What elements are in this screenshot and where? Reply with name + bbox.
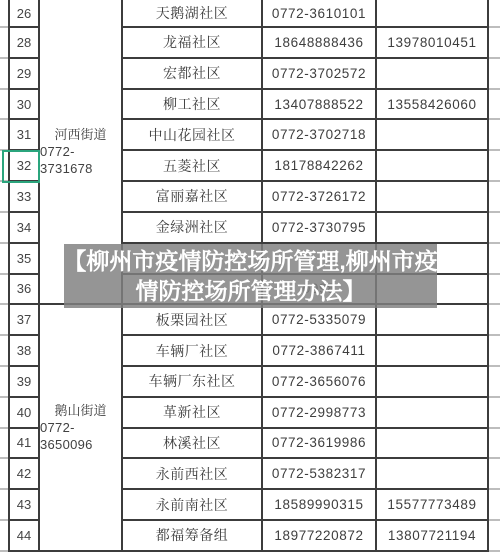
phone2-cell[interactable] xyxy=(377,151,489,182)
phone2-cell[interactable] xyxy=(377,59,489,90)
left-margin-cell xyxy=(0,275,8,306)
phone2-cell[interactable]: 15577773489 xyxy=(377,490,489,521)
street-name: 河西街道 xyxy=(54,126,106,143)
phone2-cell[interactable] xyxy=(377,0,489,28)
right-margin-cell xyxy=(489,28,500,59)
phone-cell[interactable]: 0772-2998773 xyxy=(263,398,377,429)
row-number-cell[interactable]: 34 xyxy=(8,213,40,244)
phone-cell[interactable]: 0772-3730795 xyxy=(263,213,377,244)
right-margin-cell xyxy=(489,367,500,398)
right-margin-cell xyxy=(489,490,500,521)
right-margin-cell xyxy=(489,59,500,90)
community-cell[interactable]: 永前西社区 xyxy=(123,459,263,490)
row-number-cell[interactable]: 30 xyxy=(8,90,40,121)
left-margin-cell xyxy=(0,182,8,213)
row-number-cell[interactable]: 36 xyxy=(8,275,40,306)
phone-cell[interactable]: 0772-3702572 xyxy=(263,59,377,90)
left-margin-cell xyxy=(0,120,8,151)
left-margin-cell xyxy=(0,398,8,429)
street-name: 鹅山街道 xyxy=(54,402,106,419)
phone-cell[interactable]: 18648888436 xyxy=(263,28,377,59)
row-number-cell[interactable]: 29 xyxy=(8,59,40,90)
right-margin-cell xyxy=(489,305,500,336)
right-margin-cell xyxy=(489,459,500,490)
phone-cell[interactable]: 0772-5335079 xyxy=(263,305,377,336)
phone2-cell[interactable] xyxy=(377,213,489,244)
row-number-cell[interactable]: 43 xyxy=(8,490,40,521)
left-margin-cell xyxy=(0,429,8,460)
row-number-cell[interactable]: 26 xyxy=(8,0,40,28)
left-margin-cell xyxy=(0,59,8,90)
row-number-cell[interactable]: 32 xyxy=(8,151,40,182)
phone-cell[interactable]: 13407888522 xyxy=(263,90,377,121)
community-cell[interactable]: 永前南社区 xyxy=(123,490,263,521)
phone2-cell[interactable] xyxy=(377,120,489,151)
right-margin-cell xyxy=(489,0,500,28)
phone-cell[interactable]: 0772-3726172 xyxy=(263,182,377,213)
row-number-cell[interactable]: 44 xyxy=(8,521,40,552)
right-margin-cell xyxy=(489,336,500,367)
left-margin-cell xyxy=(0,151,8,182)
right-margin-cell xyxy=(489,398,500,429)
right-margin-cell xyxy=(489,151,500,182)
community-cell[interactable]: 宏都社区 xyxy=(123,59,263,90)
phone2-cell[interactable]: 13978010451 xyxy=(377,28,489,59)
community-cell[interactable]: 柳工社区 xyxy=(123,90,263,121)
right-margin-cell xyxy=(489,275,500,306)
row-number-cell[interactable]: 40 xyxy=(8,398,40,429)
right-margin-cell xyxy=(489,429,500,460)
community-cell[interactable]: 五菱社区 xyxy=(123,151,263,182)
community-cell[interactable]: 林溪社区 xyxy=(123,429,263,460)
phone2-cell[interactable] xyxy=(377,305,489,336)
phone2-cell[interactable]: 13558426060 xyxy=(377,90,489,121)
community-cell[interactable]: 天鹅湖社区 xyxy=(123,0,263,28)
community-cell[interactable]: 龙福社区 xyxy=(123,28,263,59)
phone-cell[interactable]: 0772-3702718 xyxy=(263,120,377,151)
row-number-cell[interactable]: 39 xyxy=(8,367,40,398)
row-number-cell[interactable]: 33 xyxy=(8,182,40,213)
phone2-cell[interactable] xyxy=(377,182,489,213)
left-margin-cell xyxy=(0,367,8,398)
phone2-cell[interactable] xyxy=(377,429,489,460)
right-margin-cell xyxy=(489,213,500,244)
street-phone: 0772-3731678 xyxy=(40,143,121,177)
watermark-text-line2: 情防控场所管理办法】 xyxy=(136,276,366,306)
watermark-banner: 【柳州市疫情防控场所管理,柳州市疫 情防控场所管理办法】 xyxy=(64,244,437,308)
left-margin-cell xyxy=(0,0,8,28)
row-number-cell[interactable]: 38 xyxy=(8,336,40,367)
row-number-cell[interactable]: 42 xyxy=(8,459,40,490)
row-number-cell[interactable]: 31 xyxy=(8,120,40,151)
phone2-cell[interactable] xyxy=(377,459,489,490)
phone2-cell[interactable] xyxy=(377,336,489,367)
row-number-cell[interactable]: 37 xyxy=(8,305,40,336)
community-cell[interactable]: 中山花园社区 xyxy=(123,120,263,151)
watermark-text-line1: 【柳州市疫情防控场所管理,柳州市疫 xyxy=(63,246,437,276)
phone-cell[interactable]: 0772-3867411 xyxy=(263,336,377,367)
community-cell[interactable]: 板栗园社区 xyxy=(123,305,263,336)
community-cell[interactable]: 车辆厂社区 xyxy=(123,336,263,367)
right-margin-cell xyxy=(489,90,500,121)
left-margin-cell xyxy=(0,521,8,552)
left-margin-cell xyxy=(0,305,8,336)
left-margin-cell xyxy=(0,490,8,521)
community-cell[interactable]: 富丽嘉社区 xyxy=(123,182,263,213)
left-margin-cell xyxy=(0,459,8,490)
phone2-cell[interactable]: 13807721194 xyxy=(377,521,489,552)
phone-cell[interactable]: 18589990315 xyxy=(263,490,377,521)
community-cell[interactable]: 车辆厂东社区 xyxy=(123,367,263,398)
spreadsheet-screenshot: 26河西街道0772-3731678天鹅湖社区0772-361010128龙福社… xyxy=(0,0,500,552)
right-margin-cell xyxy=(489,182,500,213)
phone2-cell[interactable] xyxy=(377,398,489,429)
community-cell[interactable]: 都福筹备组 xyxy=(123,521,263,552)
phone-cell[interactable]: 18178842262 xyxy=(263,151,377,182)
left-margin-cell xyxy=(0,244,8,275)
phone-cell[interactable]: 0772-3656076 xyxy=(263,367,377,398)
phone2-cell[interactable] xyxy=(377,367,489,398)
street-phone: 0772-3650096 xyxy=(40,419,121,453)
left-margin-cell xyxy=(0,90,8,121)
phone-cell[interactable]: 0772-3610101 xyxy=(263,0,377,28)
row-number-cell[interactable]: 35 xyxy=(8,244,40,275)
street-cell[interactable]: 鹅山街道0772-3650096 xyxy=(40,305,123,552)
phone-cell[interactable]: 0772-5382317 xyxy=(263,459,377,490)
left-margin-cell xyxy=(0,213,8,244)
row-number-cell[interactable]: 41 xyxy=(8,429,40,460)
left-margin-cell xyxy=(0,28,8,59)
phone-cell[interactable]: 18977220872 xyxy=(263,521,377,552)
row-number-cell[interactable]: 28 xyxy=(8,28,40,59)
right-margin-cell xyxy=(489,521,500,552)
community-cell[interactable]: 金绿洲社区 xyxy=(123,213,263,244)
community-cell[interactable]: 革新社区 xyxy=(123,398,263,429)
right-margin-cell xyxy=(489,120,500,151)
left-margin-cell xyxy=(0,336,8,367)
phone-cell[interactable]: 0772-3619986 xyxy=(263,429,377,460)
right-margin-cell xyxy=(489,244,500,275)
